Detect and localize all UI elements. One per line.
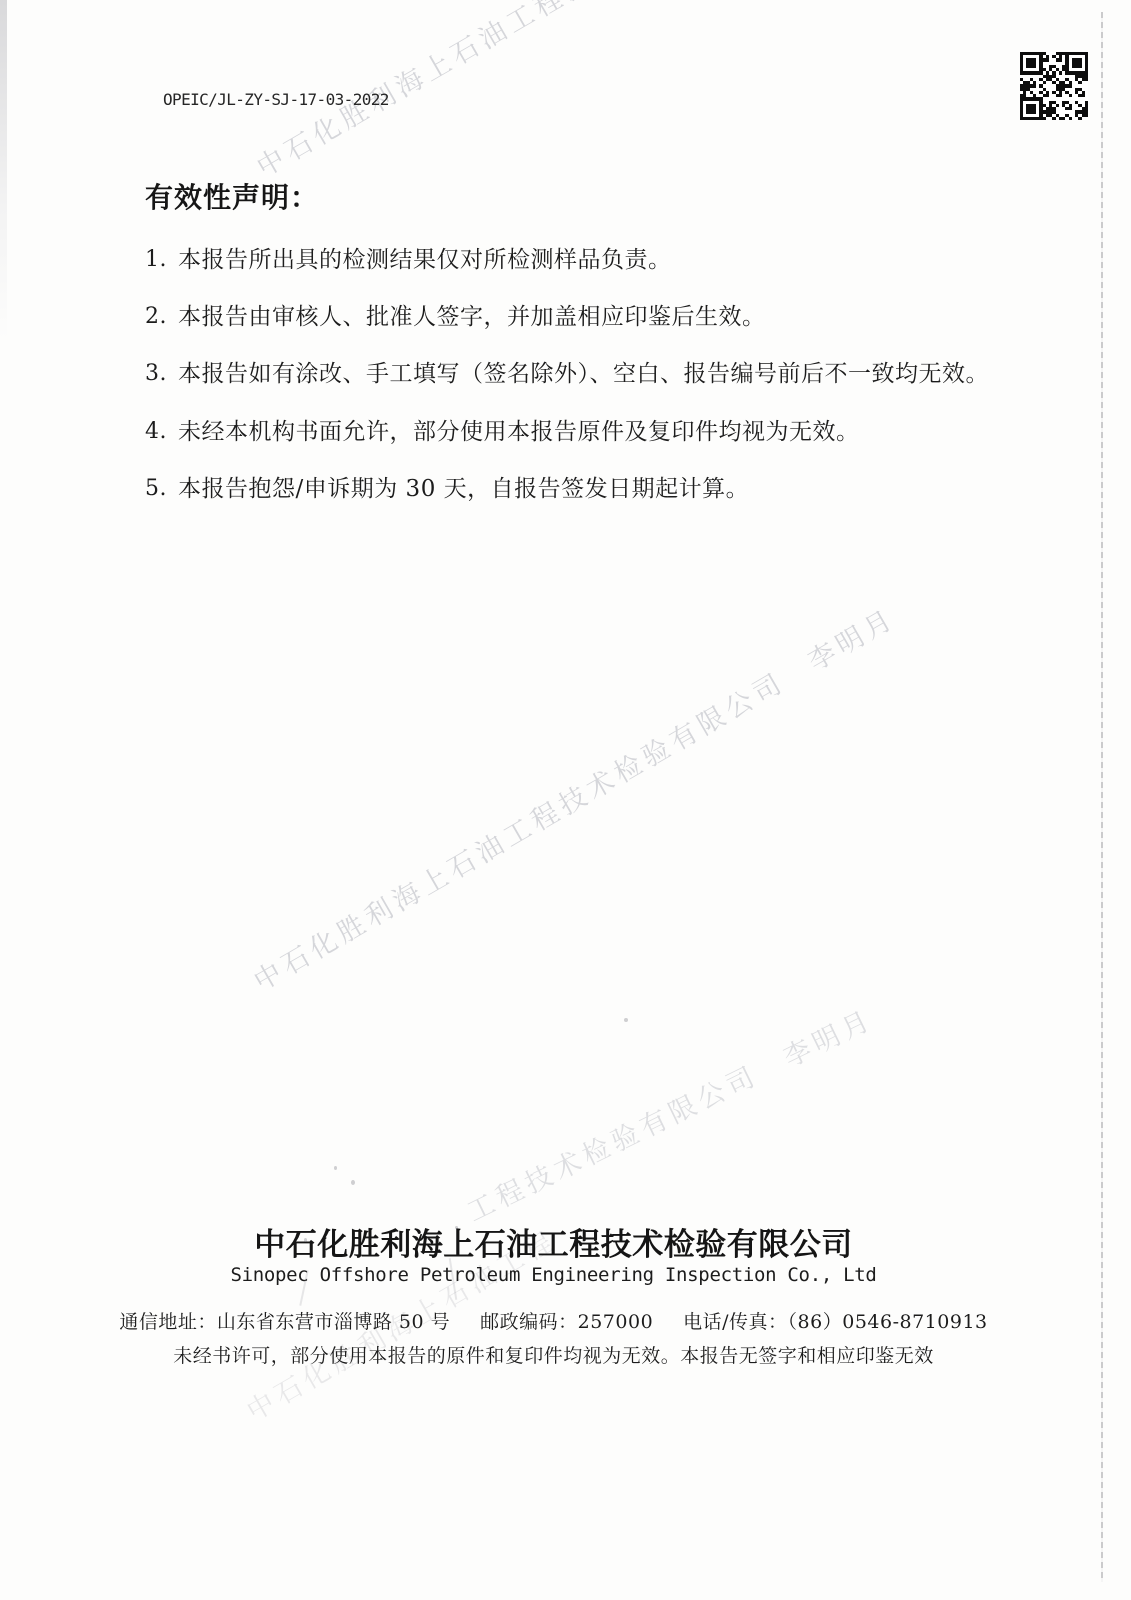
footer-disclaimer: 未经书许可，部分使用本报告的原件和复印件均视为无效。本报告无签字和相应印鉴无效 bbox=[0, 1341, 1119, 1368]
statement-item: 3. 本报告如有涂改、手工填写（签名除外）、空白、报告编号前后不一致均无效。 bbox=[145, 361, 1015, 388]
statement-number: 1. bbox=[145, 247, 178, 273]
statement-item: 1. 本报告所出具的检测结果仅对所检测样品负责。 bbox=[145, 247, 1015, 274]
statement-item: 4. 未经本机构书面允许，部分使用本报告原件及复印件均视为无效。 bbox=[145, 419, 1015, 446]
statement-number: 3. bbox=[145, 361, 178, 387]
company-name-cn: 中石化胜利海上石油工程技术检验有限公司 bbox=[0, 1228, 1119, 1262]
statement-text: 本报告由审核人、批准人签字，并加盖相应印鉴后生效。 bbox=[178, 304, 766, 331]
postal-code: 邮政编码：257000 bbox=[480, 1307, 653, 1334]
statement-item: 5. 本报告抱怨/申诉期为 30 天，自报告签发日期起计算。 bbox=[145, 476, 1015, 503]
address-line: 通信地址：山东省东营市淄博路 50 号 bbox=[119, 1307, 450, 1334]
phone-fax: 电话/传真：（86）0546-8710913 bbox=[683, 1307, 987, 1334]
statement-number: 2. bbox=[145, 304, 178, 330]
document-page: 中石化胜利海上石油工程技术检验有限公司 中石化胜利海上石油工程技术检验有限公司 … bbox=[0, 0, 1131, 1600]
statement-text: 本报告所出具的检测结果仅对所检测样品负责。 bbox=[178, 247, 672, 274]
company-name-en: Sinopec Offshore Petroleum Engineering I… bbox=[0, 1264, 1119, 1287]
statement-item: 2. 本报告由审核人、批准人签字，并加盖相应印鉴后生效。 bbox=[145, 304, 1015, 331]
statement-number: 4. bbox=[145, 419, 178, 445]
statement-text: 未经本机构书面允许，部分使用本报告原件及复印件均视为无效。 bbox=[178, 419, 860, 446]
contact-row: 通信地址：山东省东营市淄博路 50 号 邮政编码：257000 电话/传真：（8… bbox=[0, 1307, 1119, 1334]
footer: 中石化胜利海上石油工程技术检验有限公司 Sinopec Offshore Pet… bbox=[0, 1228, 1119, 1368]
statement-text: 本报告如有涂改、手工填写（签名除外）、空白、报告编号前后不一致均无效。 bbox=[178, 361, 989, 388]
statement-number: 5. bbox=[145, 476, 178, 502]
statement-text: 本报告抱怨/申诉期为 30 天，自报告签发日期起计算。 bbox=[178, 476, 749, 503]
